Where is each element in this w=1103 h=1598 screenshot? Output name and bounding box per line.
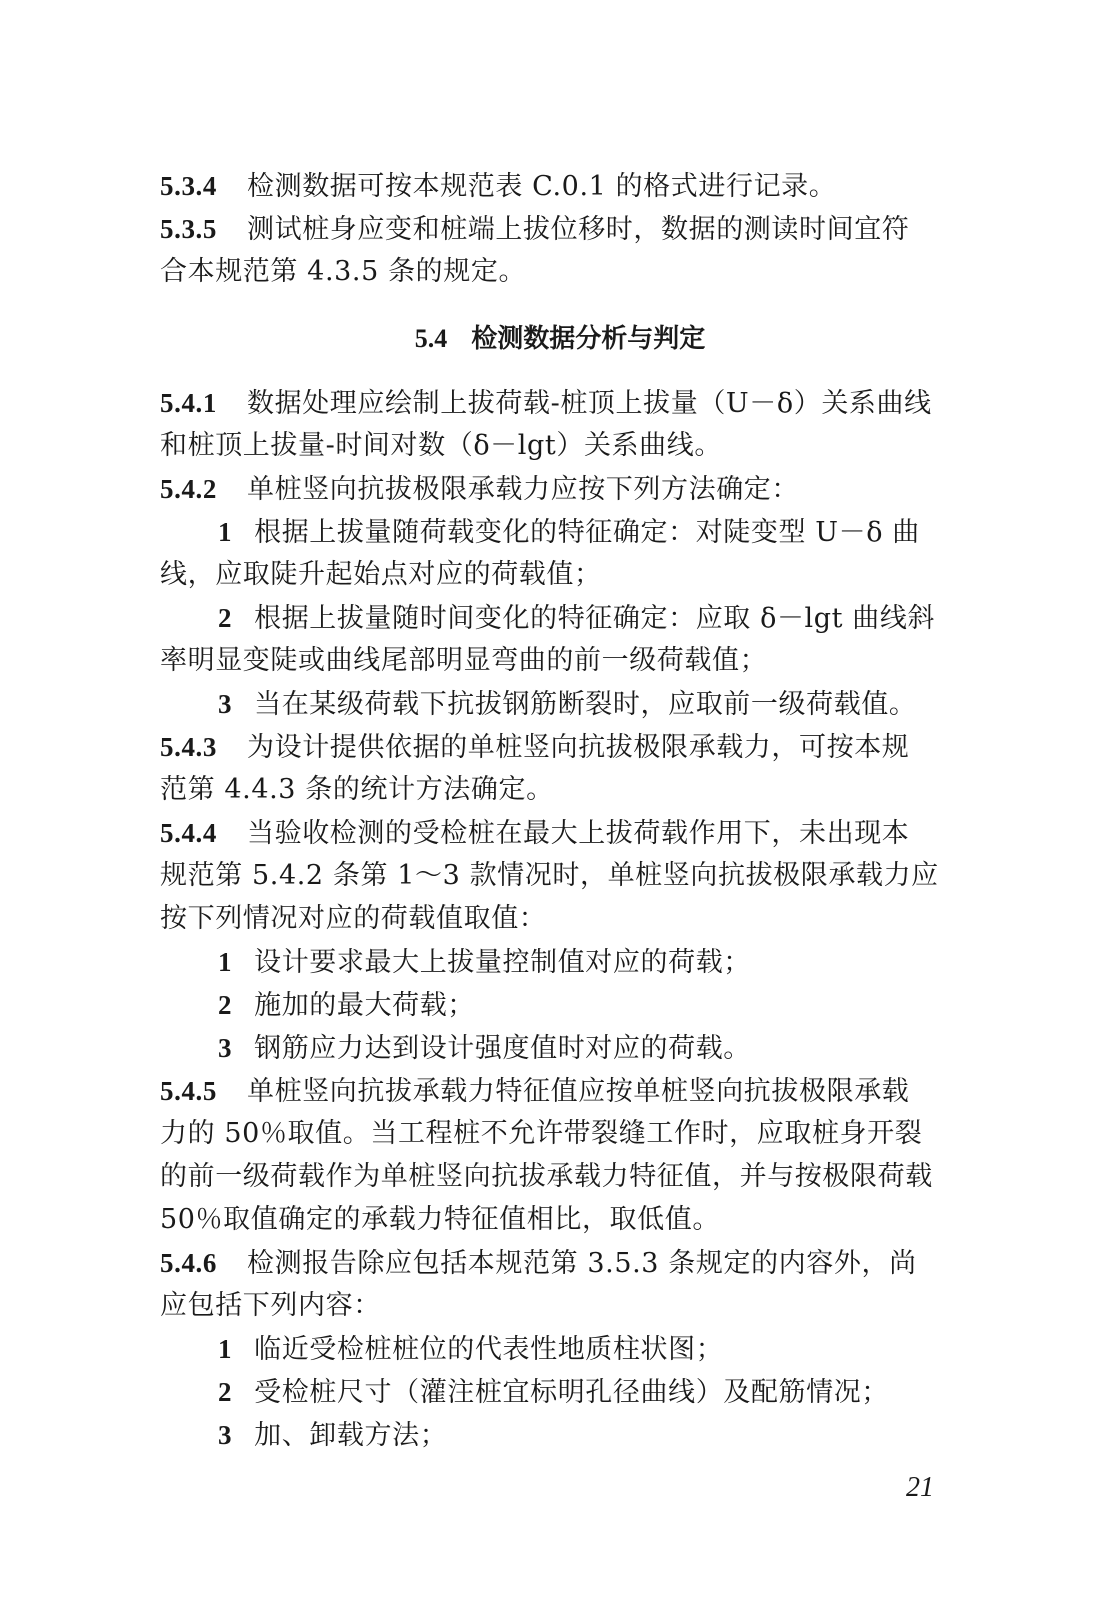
clause-number: 5.4.6 bbox=[160, 1248, 217, 1278]
clause-number: 5.4.4 bbox=[160, 818, 217, 848]
clause-text-continued: 力的 50％取值。当工程桩不允许带裂缝工作时，应取桩身开裂 bbox=[160, 1116, 922, 1152]
list-item: 2受检桩尺寸（灌注桩宜标明孔径曲线）及配筋情况； bbox=[218, 1374, 889, 1411]
item-number: 1 bbox=[218, 517, 232, 547]
clause-text-continued: 按下列情况对应的荷载值取值： bbox=[160, 901, 546, 937]
section-heading: 5.4检测数据分析与判定 bbox=[160, 321, 960, 357]
clause-number: 5.4.1 bbox=[160, 388, 217, 418]
list-item: 2施加的最大荷载； bbox=[218, 987, 475, 1024]
clause-text: 单桩竖向抗拔承载力特征值应按单桩竖向抗拔极限承载 bbox=[247, 1076, 909, 1107]
clause-text: 当验收检测的受检桩在最大上拔荷载作用下，未出现本 bbox=[247, 818, 909, 849]
item-number: 1 bbox=[218, 947, 232, 977]
item-text: 受检桩尺寸（灌注桩宜标明孔径曲线）及配筋情况； bbox=[254, 1377, 889, 1408]
clause-text-continued: 合本规范第 4.3.5 条的规定。 bbox=[160, 254, 526, 290]
clause-text-continued: 50％取值确定的承载力特征值相比，取低值。 bbox=[160, 1202, 720, 1238]
clause-5-4-6: 5.4.6检测报告除应包括本规范第 3.5.3 条规定的内容外，尚 bbox=[160, 1245, 917, 1282]
clause-text-continued: 范第 4.4.3 条的统计方法确定。 bbox=[160, 772, 554, 808]
item-text-continued: 线，应取陡升起始点对应的荷载值； bbox=[160, 557, 602, 593]
clause-text: 单桩竖向抗拔极限承载力应按下列方法确定： bbox=[247, 474, 799, 505]
item-text: 加、卸载方法； bbox=[254, 1420, 447, 1451]
item-number: 3 bbox=[218, 1420, 232, 1450]
page-number: 21 bbox=[906, 1472, 934, 1504]
clause-5-4-3: 5.4.3为设计提供依据的单桩竖向抗拔极限承载力，可按本规 bbox=[160, 729, 909, 766]
item-number: 1 bbox=[218, 1334, 232, 1364]
item-text: 根据上拔量随荷载变化的特征确定：对陡变型 U－δ 曲 bbox=[254, 517, 920, 548]
item-text: 根据上拔量随时间变化的特征确定：应取 δ－lgt 曲线斜 bbox=[254, 603, 935, 634]
clause-text: 数据处理应绘制上拔荷载-桩顶上拔量（U－δ）关系曲线 bbox=[247, 388, 932, 419]
list-item: 3钢筋应力达到设计强度值时对应的荷载。 bbox=[218, 1030, 751, 1067]
section-title: 检测数据分析与判定 bbox=[471, 324, 705, 354]
list-item: 1根据上拔量随荷载变化的特征确定：对陡变型 U－δ 曲 bbox=[218, 514, 920, 551]
item-text: 当在某级荷载下抗拔钢筋断裂时，应取前一级荷载值。 bbox=[254, 689, 916, 720]
item-number: 2 bbox=[218, 603, 232, 633]
clause-text-continued: 规范第 5.4.2 条第 1～3 款情况时，单桩竖向抗拔极限承载力应 bbox=[160, 858, 939, 894]
clause-text: 为设计提供依据的单桩竖向抗拔极限承载力，可按本规 bbox=[247, 732, 909, 763]
clause-5-4-5: 5.4.5单桩竖向抗拔承载力特征值应按单桩竖向抗拔极限承载 bbox=[160, 1073, 909, 1110]
clause-text: 检测报告除应包括本规范第 3.5.3 条规定的内容外，尚 bbox=[247, 1248, 917, 1279]
clause-number: 5.4.5 bbox=[160, 1076, 217, 1106]
item-text: 临近受检桩桩位的代表性地质柱状图； bbox=[254, 1334, 723, 1365]
item-number: 3 bbox=[218, 689, 232, 719]
clause-text: 测试桩身应变和桩端上拔位移时，数据的测读时间宜符 bbox=[247, 214, 909, 245]
clause-5-3-4: 5.3.4检测数据可按本规范表 C.0.1 的格式进行记录。 bbox=[160, 168, 836, 205]
clause-text-continued: 应包括下列内容： bbox=[160, 1288, 381, 1324]
item-number: 3 bbox=[218, 1033, 232, 1063]
clause-text-continued: 的前一级荷载作为单桩竖向抗拔承载力特征值，并与按极限荷载 bbox=[160, 1159, 933, 1195]
clause-number: 5.3.4 bbox=[160, 171, 217, 201]
clause-5-4-1: 5.4.1数据处理应绘制上拔荷载-桩顶上拔量（U－δ）关系曲线 bbox=[160, 385, 932, 422]
clause-5-4-2: 5.4.2单桩竖向抗拔极限承载力应按下列方法确定： bbox=[160, 471, 799, 508]
list-item: 3当在某级荷载下抗拔钢筋断裂时，应取前一级荷载值。 bbox=[218, 686, 917, 723]
item-text-continued: 率明显变陡或曲线尾部明显弯曲的前一级荷载值； bbox=[160, 643, 767, 679]
clause-5-3-5: 5.3.5测试桩身应变和桩端上拔位移时，数据的测读时间宜符 bbox=[160, 211, 909, 248]
item-text: 施加的最大荷载； bbox=[254, 990, 475, 1021]
clause-number: 5.4.2 bbox=[160, 474, 217, 504]
section-number: 5.4 bbox=[415, 324, 448, 353]
list-item: 2根据上拔量随时间变化的特征确定：应取 δ－lgt 曲线斜 bbox=[218, 600, 935, 637]
clause-text-continued: 和桩顶上拔量-时间对数（δ－lgt）关系曲线。 bbox=[160, 428, 722, 464]
list-item: 1设计要求最大上拔量控制值对应的荷载； bbox=[218, 944, 751, 981]
list-item: 1临近受检桩桩位的代表性地质柱状图； bbox=[218, 1331, 723, 1368]
clause-text: 检测数据可按本规范表 C.0.1 的格式进行记录。 bbox=[247, 171, 836, 202]
item-text: 设计要求最大上拔量控制值对应的荷载； bbox=[254, 947, 751, 978]
item-number: 2 bbox=[218, 1377, 232, 1407]
item-number: 2 bbox=[218, 990, 232, 1020]
clause-number: 5.3.5 bbox=[160, 214, 217, 244]
clause-number: 5.4.3 bbox=[160, 732, 217, 762]
item-text: 钢筋应力达到设计强度值时对应的荷载。 bbox=[254, 1033, 751, 1064]
clause-5-4-4: 5.4.4当验收检测的受检桩在最大上拔荷载作用下，未出现本 bbox=[160, 815, 909, 852]
list-item: 3加、卸载方法； bbox=[218, 1417, 447, 1454]
